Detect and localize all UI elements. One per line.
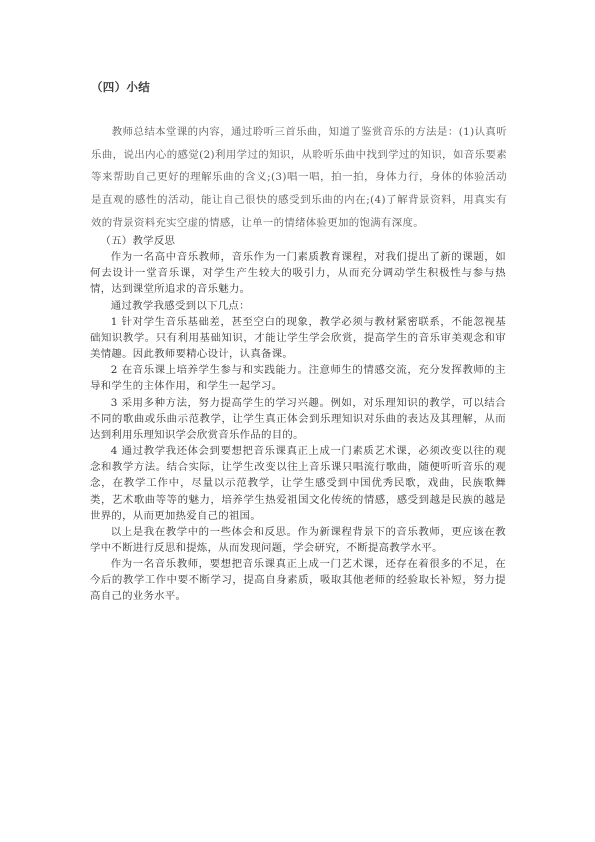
reflection-paragraph: 以上是我在教学中的一些体会和反思。作为新课程背景下的音乐教师，更应该在教学中不断…	[90, 524, 506, 556]
summary-paragraph: 教师总结本堂课的内容，通过聆听三首乐曲，知道了鉴赏音乐的方法是：(1)认真听乐曲…	[91, 121, 507, 235]
reflection-point-2: 2 在音乐课上培养学生参与和实践能力。注意师生的情感交流，充分发挥教师的主导和学…	[90, 362, 506, 394]
reflection-point-4: 4 通过教学我还体会到要想把音乐课真正上成一门素质艺术课，必须改变以往的观念和教…	[90, 443, 506, 524]
document-page: （四）小结 教师总结本堂课的内容，通过聆听三首乐曲，知道了鉴赏音乐的方法是：(1…	[0, 0, 595, 842]
reflection-paragraph: 通过教学我感受到以下几点：	[90, 298, 506, 314]
section-summary-heading: （四）小结	[91, 79, 150, 95]
section-summary-body: 教师总结本堂课的内容，通过聆听三首乐曲，知道了鉴赏音乐的方法是：(1)认真听乐曲…	[91, 121, 507, 235]
reflection-point-3: 3 采用多种方法，努力提高学生的学习兴趣。例如，对乐理知识的教学，可以结合不同的…	[90, 395, 506, 443]
reflection-paragraph: 作为一名音乐教师，要想把音乐课真正上成一门艺术课，还存在着很多的不足，在今后的教…	[90, 556, 506, 604]
reflection-paragraph: 作为一名高中音乐教师，音乐作为一门素质教育课程，对我们提出了新的课题，如何去设计…	[90, 249, 506, 297]
section-reflection-heading: （五）教学反思	[90, 233, 506, 249]
reflection-point-1: 1 针对学生音乐基础差，甚至空白的现象，教学必须与教材紧密联系，不能忽视基础知识…	[90, 314, 506, 362]
section-reflection-body: （五）教学反思 作为一名高中音乐教师，音乐作为一门素质教育课程，对我们提出了新的…	[90, 233, 506, 605]
